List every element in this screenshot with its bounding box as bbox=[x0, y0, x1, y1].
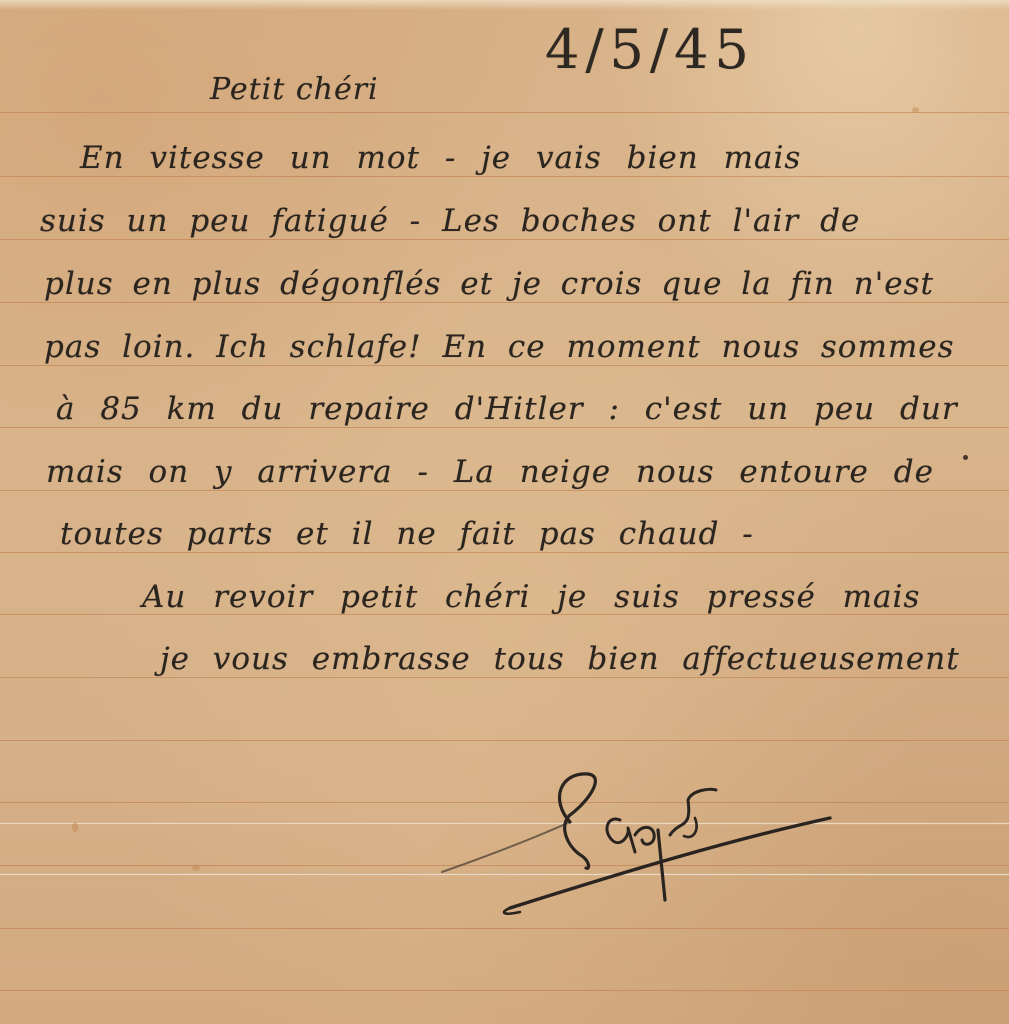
body-line: toutes parts et il ne fait pas chaud - bbox=[60, 516, 754, 552]
letter-salutation: Petit chéri bbox=[210, 72, 379, 107]
closing-line: Au revoir petit chéri je suis pressé mai… bbox=[142, 579, 920, 615]
paper-stain bbox=[72, 822, 78, 832]
closing-line: je vous embrasse tous bien affectueuseme… bbox=[160, 641, 960, 677]
ruled-line bbox=[0, 990, 1009, 991]
ink-dot bbox=[963, 455, 968, 460]
letter-date: 4/5/45 bbox=[545, 18, 755, 81]
ruled-line bbox=[0, 552, 1009, 553]
ruled-line bbox=[0, 302, 1009, 303]
body-line: suis un peu fatigué - Les boches ont l'a… bbox=[40, 203, 860, 239]
ruled-line bbox=[0, 112, 1009, 113]
signature: Georges bbox=[430, 760, 850, 930]
ruled-line bbox=[0, 740, 1009, 741]
body-line: mais on y arrivera - La neige nous entou… bbox=[46, 454, 934, 490]
ruled-line bbox=[0, 490, 1009, 491]
ruled-line bbox=[0, 239, 1009, 240]
ruled-line bbox=[0, 176, 1009, 177]
paper-stain bbox=[192, 865, 200, 871]
signature-scrawl-icon bbox=[430, 760, 850, 930]
body-line: à 85 km du repaire d'Hitler : c'est un p… bbox=[56, 391, 958, 427]
body-line: plus en plus dégonflés et je crois que l… bbox=[44, 266, 934, 302]
ruled-line bbox=[0, 677, 1009, 678]
body-line: pas loin. Ich schlafe! En ce moment nous… bbox=[44, 329, 955, 365]
ruled-line bbox=[0, 427, 1009, 428]
paper-stain bbox=[912, 107, 919, 113]
paper-top-edge bbox=[0, 0, 1009, 10]
ruled-line bbox=[0, 365, 1009, 366]
letter-sheet: 4/5/45 Petit chéri En vitesse un mot - j… bbox=[0, 0, 1009, 1024]
body-line: En vitesse un mot - je vais bien mais bbox=[80, 140, 801, 176]
